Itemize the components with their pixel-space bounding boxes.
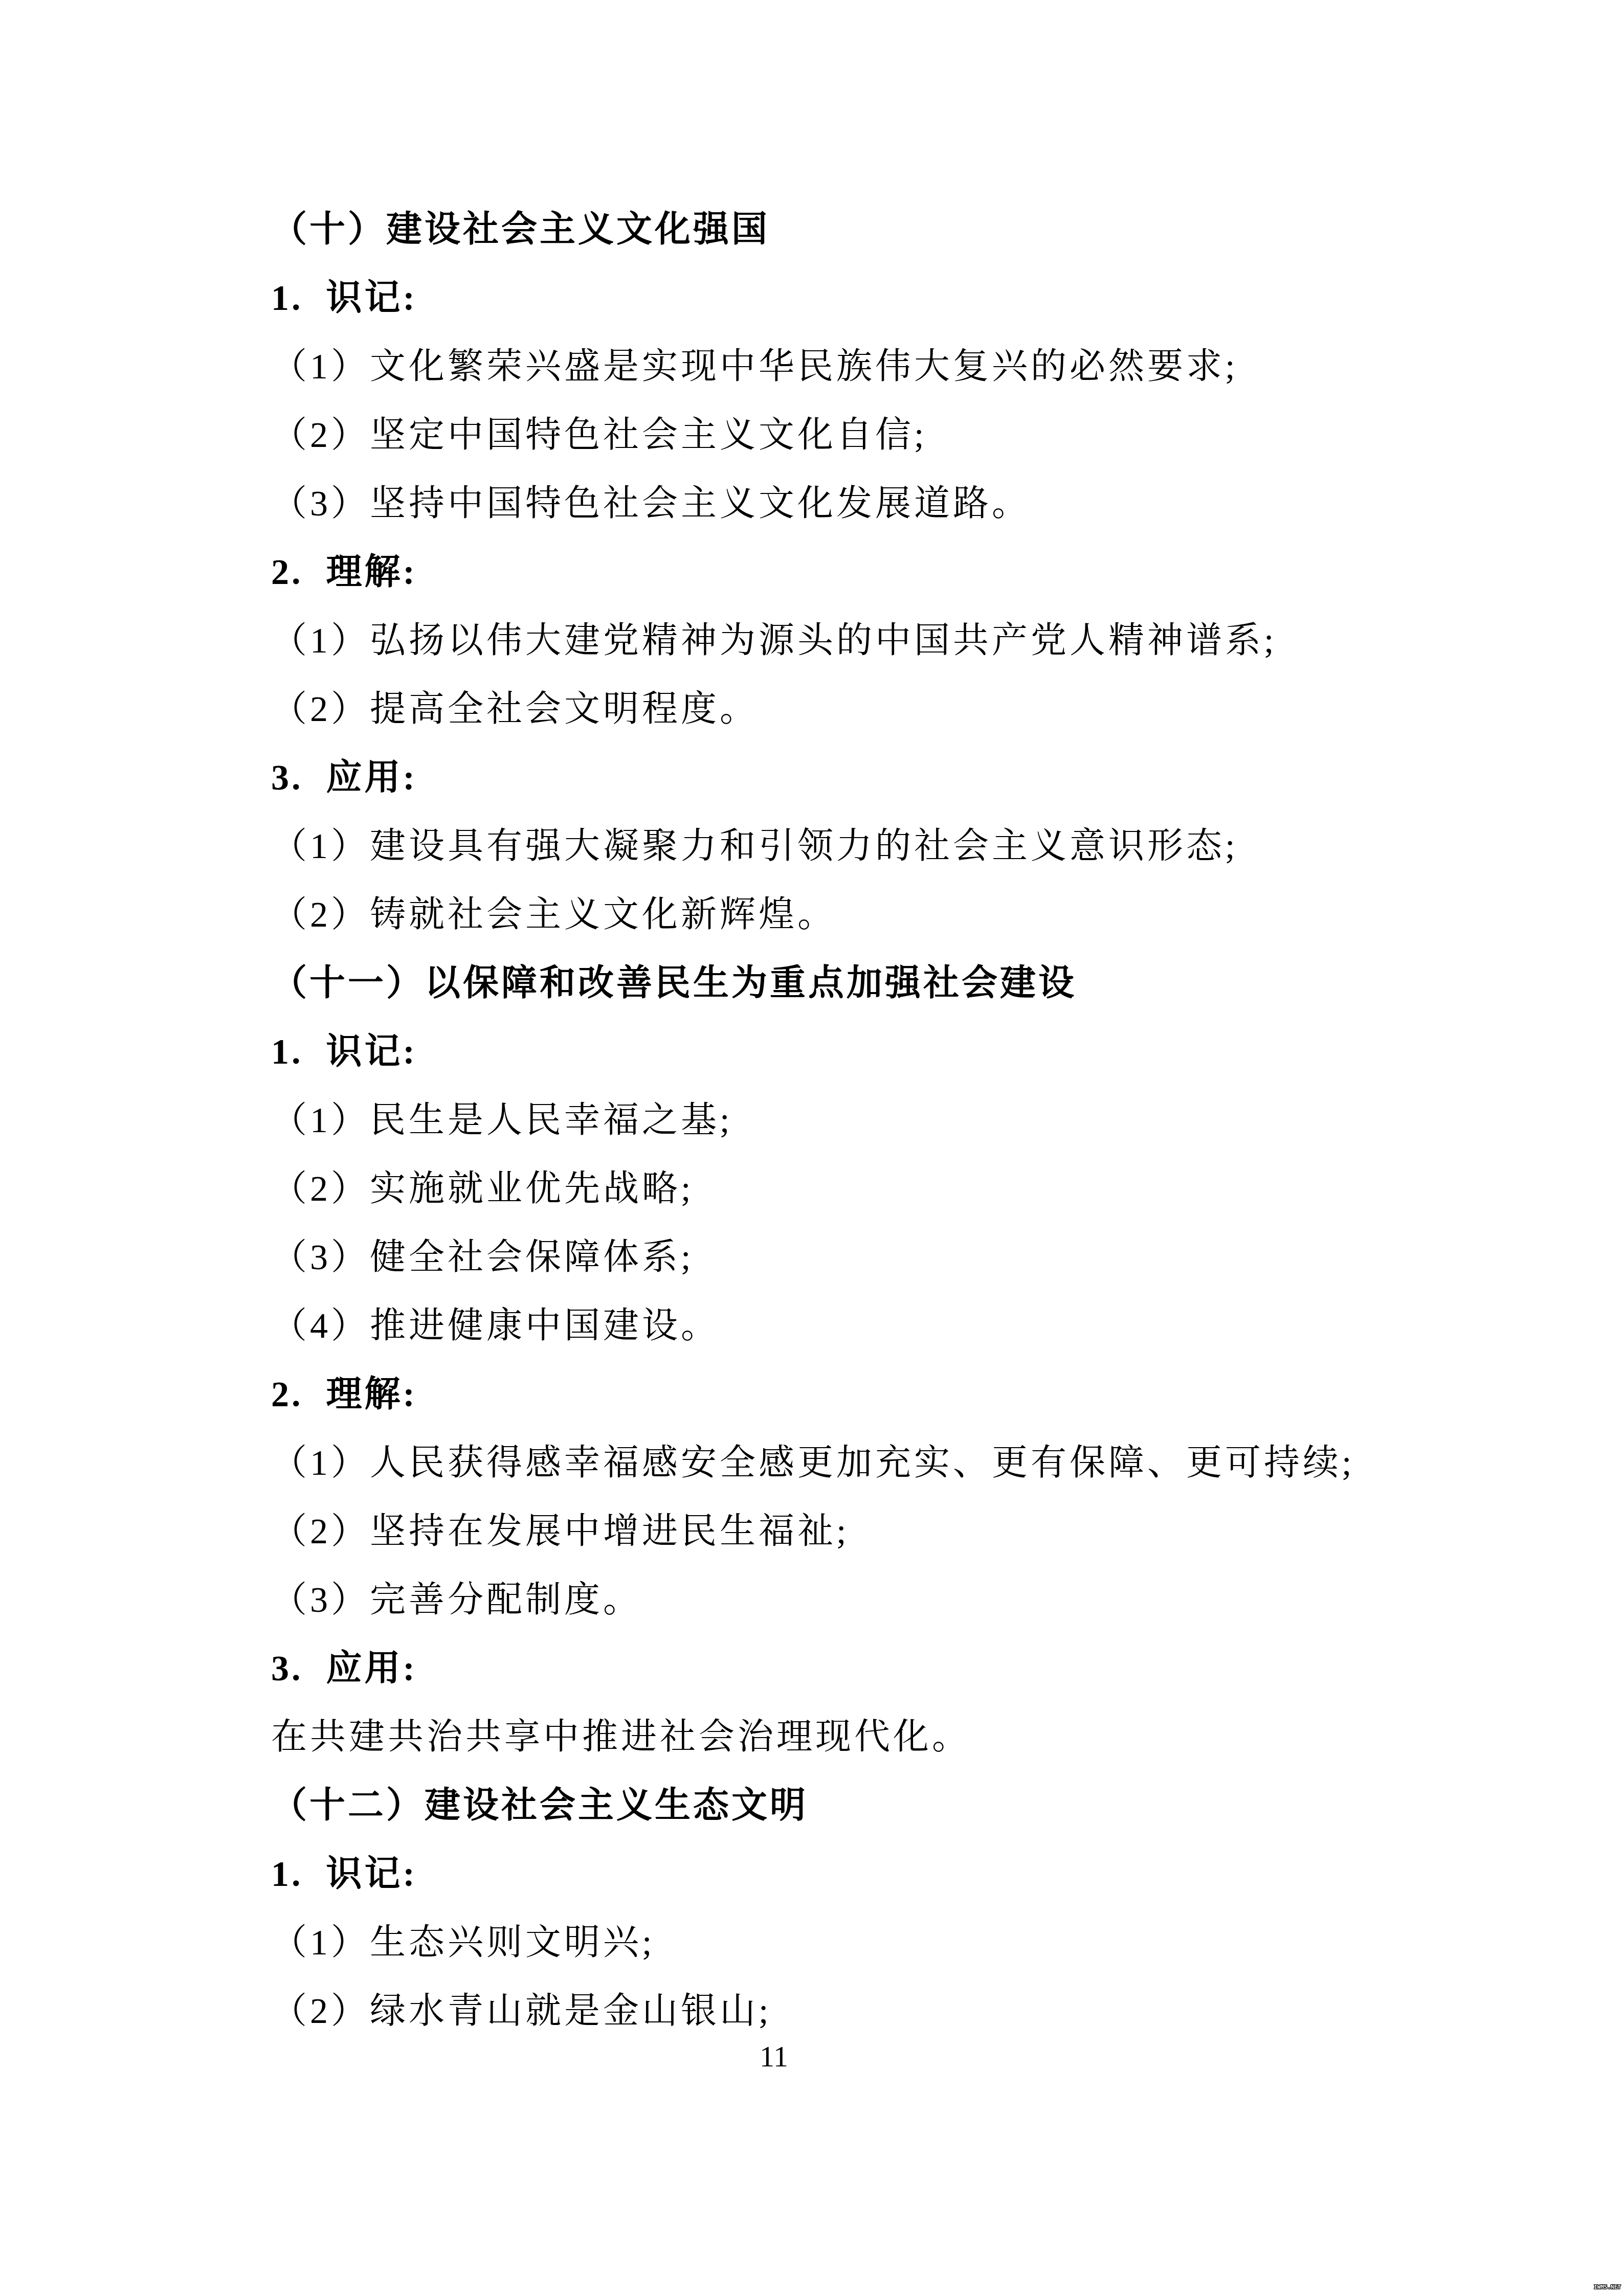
section-heading: （十一）以保障和改善民生为重点加强社会建设 (271, 950, 1499, 1018)
knowledge-point: （2）铸就社会主义文化新辉煌。 (271, 881, 1499, 950)
knowledge-point: （4）推进健康中国建设。 (271, 1292, 1499, 1361)
knowledge-point: （2）坚定中国特色社会主义文化自信; (271, 401, 1499, 470)
level-label: 2. 理解: (271, 538, 1499, 607)
section-heading: （十二）建设社会主义生态文明 (271, 1772, 1499, 1840)
level-label: 2. 理解: (271, 1361, 1499, 1429)
level-label: 1. 识记: (271, 264, 1499, 333)
knowledge-point: （2）提高全社会文明程度。 (271, 676, 1499, 744)
level-label: 1. 识记: (271, 1018, 1499, 1087)
knowledge-point: （2）坚持在发展中增进民生福祉; (271, 1498, 1499, 1566)
knowledge-point: （2）绿水青山就是金山银山; (271, 1977, 1499, 2046)
knowledge-point: （1）人民获得感幸福感安全感更加充实、更有保障、更可持续; (271, 1429, 1499, 1498)
document-page: （十）建设社会主义文化强国 1. 识记: （1）文化繁荣兴盛是实现中华民族伟大复… (0, 0, 1624, 2296)
document-body: （十）建设社会主义文化强国 1. 识记: （1）文化繁荣兴盛是实现中华民族伟大复… (271, 196, 1499, 2046)
knowledge-point: （1）文化繁荣兴盛是实现中华民族伟大复兴的必然要求; (271, 333, 1499, 401)
knowledge-point: （2）实施就业优先战略; (271, 1155, 1499, 1224)
section-heading: （十）建设社会主义文化强国 (271, 196, 1499, 264)
application-text: 在共建共治共享中推进社会治理现代化。 (271, 1703, 1499, 1772)
knowledge-point: （3）健全社会保障体系; (271, 1224, 1499, 1292)
knowledge-point: （1）民生是人民幸福之基; (271, 1087, 1499, 1155)
knowledge-point: （1）弘扬以伟大建党精神为源头的中国共产党人精神谱系; (271, 607, 1499, 676)
knowledge-point: （1）生态兴则文明兴; (271, 1909, 1499, 1977)
level-label: 3. 应用: (271, 744, 1499, 813)
level-label: 1. 识记: (271, 1840, 1499, 1909)
level-label: 3. 应用: (271, 1635, 1499, 1703)
page-number: 11 (760, 2031, 788, 2082)
knowledge-point: （3）完善分配制度。 (271, 1566, 1499, 1635)
knowledge-point: （3）坚持中国特色社会主义文化发展道路。 (271, 470, 1499, 538)
knowledge-point: （1）建设具有强大凝聚力和引领力的社会主义意识形态; (271, 813, 1499, 881)
site-watermark: IWMS.NET (1594, 2284, 1621, 2290)
